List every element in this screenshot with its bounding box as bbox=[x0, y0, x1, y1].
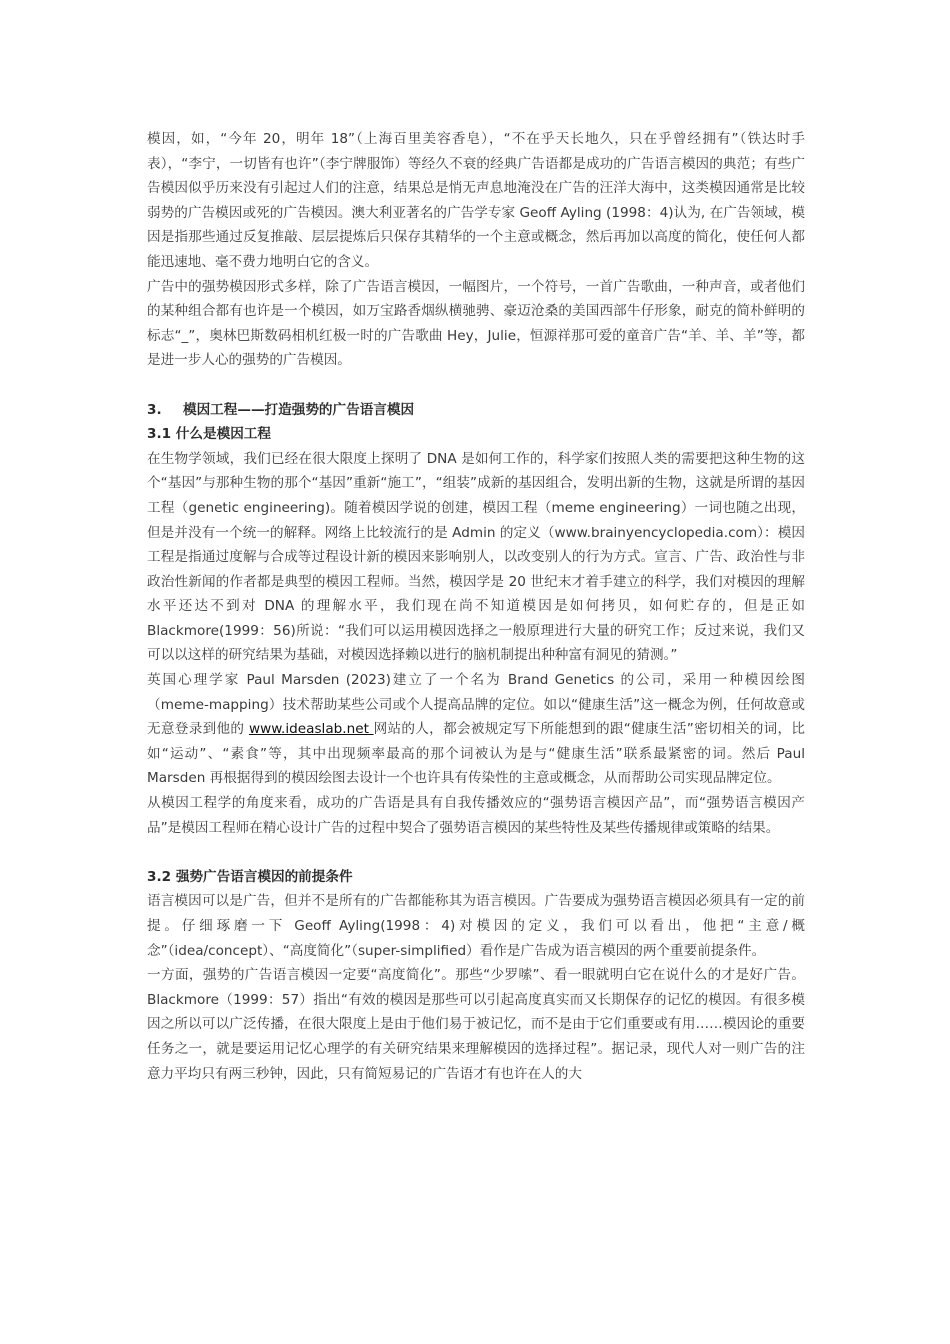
paragraph-preconditions: 语言模因可以是广告，但并不是所有的广告都能称其为语言模因。广告要成为强势语言模因… bbox=[147, 889, 805, 963]
section-number: 3. bbox=[147, 398, 183, 423]
spacer bbox=[147, 373, 805, 398]
paragraph-simplification: 一方面，强势的广告语言模因一定要“高度简化”。那些“少罗嗦”、看一眼就明白它在说… bbox=[147, 963, 805, 1086]
section-title: 模因工程——打造强势的广告语言模因 bbox=[183, 402, 414, 418]
section-heading-3-2: 3.2 强势广告语言模因的前提条件 bbox=[147, 865, 805, 890]
spacer bbox=[147, 840, 805, 865]
paragraph-classic-slogans: 模因，如，“今年 20，明年 18”（上海百里美容香皂），“不在乎天长地久，只在… bbox=[147, 127, 805, 275]
document-page: 模因，如，“今年 20，明年 18”（上海百里美容香皂），“不在乎天长地久，只在… bbox=[147, 127, 805, 1086]
paragraph-meme-engineering-definition: 在生物学领域，我们已经在很大限度上探明了 DNA 是如何工作的，科学家们按照人类… bbox=[147, 447, 805, 668]
paragraph-paul-marsden: 英国心理学家 Paul Marsden (2023)建立了一个名为 Brand … bbox=[147, 668, 805, 791]
ideaslab-link[interactable]: www.ideaslab.net bbox=[249, 721, 374, 737]
section-heading-3-1: 3.1 什么是模因工程 bbox=[147, 422, 805, 447]
paragraph-meme-engineering-perspective: 从模因工程学的角度来看，成功的广告语是具有自我传播效应的“强势语言模因产品”，而… bbox=[147, 791, 805, 840]
paragraph-strong-memes: 广告中的强势模因形式多样，除了广告语言模因，一幅图片，一个符号，一首广告歌曲，一… bbox=[147, 275, 805, 373]
section-heading-3: 3.模因工程——打造强势的广告语言模因 bbox=[147, 398, 805, 423]
